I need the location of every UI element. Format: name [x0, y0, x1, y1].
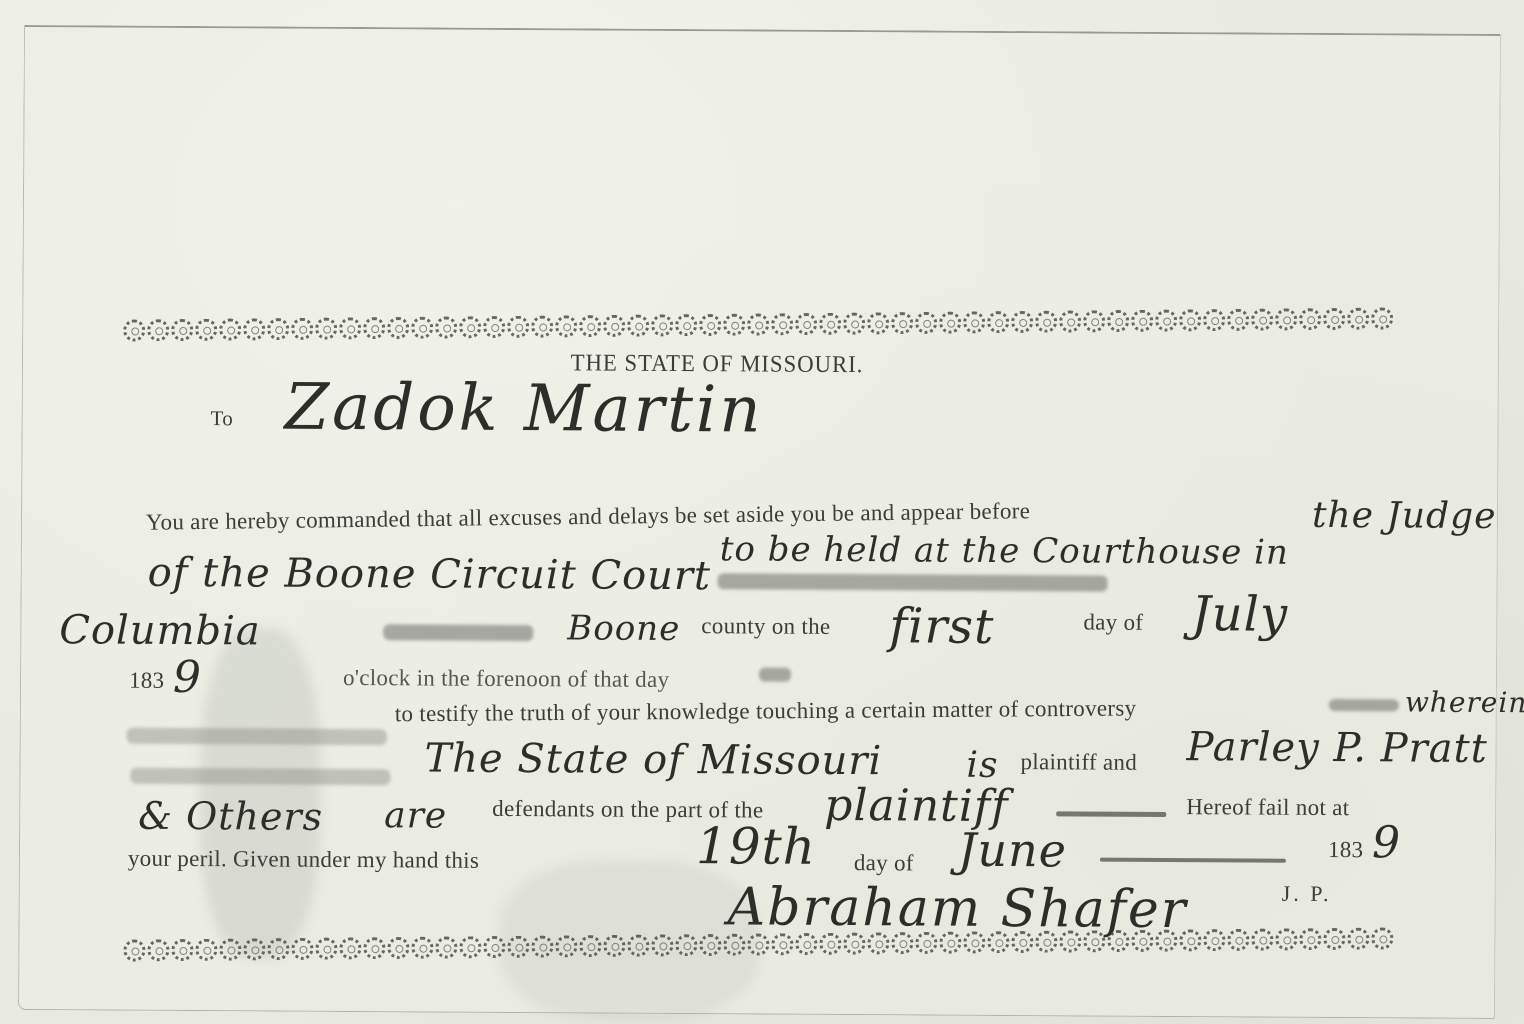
- rosette-ornament-icon: [123, 939, 145, 961]
- hand-county: Boone: [567, 608, 680, 649]
- document-scan: THE STATE OF MISSOURI. To Zadok Martin Y…: [0, 0, 1524, 1024]
- rosette-ornament-icon: [291, 938, 313, 960]
- rosette-ornament-icon: [1275, 308, 1297, 330]
- rosette-ornament-icon: [459, 316, 481, 338]
- rosette-ornament-icon: [339, 937, 361, 959]
- rosette-ornament-icon: [267, 318, 289, 340]
- rosette-ornament-icon: [507, 936, 529, 958]
- rosette-ornament-icon: [1155, 309, 1177, 331]
- rosette-ornament-icon: [915, 932, 937, 954]
- rosette-ornament-icon: [411, 317, 433, 339]
- rosette-ornament-icon: [1035, 311, 1057, 333]
- rosette-ornament-icon: [795, 933, 817, 955]
- rosette-ornament-icon: [1371, 927, 1393, 949]
- rosette-ornament-icon: [1227, 309, 1249, 331]
- rosette-ornament-icon: [1275, 928, 1297, 950]
- rosette-ornament-icon: [867, 312, 889, 334]
- rosette-ornament-icon: [435, 936, 457, 958]
- rosette-ornament-icon: [1179, 929, 1201, 951]
- year-prefix: 183: [129, 668, 165, 694]
- rosette-ornament-icon: [147, 939, 169, 961]
- rosette-ornament-icon: [123, 319, 145, 341]
- rosette-ornament-icon: [1083, 310, 1105, 332]
- signature-title: J. P.: [1282, 881, 1332, 907]
- hand-year-digit: 9: [173, 652, 202, 703]
- rosette-ornament-icon: [1227, 929, 1249, 951]
- rosette-ornament-icon: [1131, 310, 1153, 332]
- rosette-ornament-icon: [1323, 308, 1345, 330]
- rosette-ornament-icon: [195, 319, 217, 341]
- top-ornamental-border: [123, 307, 1393, 341]
- county-on-the-label: county on the: [701, 613, 830, 640]
- rosette-ornament-icon: [267, 938, 289, 960]
- plaintiff-and-label: plaintiff and: [1020, 749, 1137, 776]
- rosette-ornament-icon: [1251, 309, 1273, 331]
- rosette-ornament-icon: [627, 315, 649, 337]
- rosette-ornament-icon: [1179, 309, 1201, 331]
- pen-line: [1100, 858, 1286, 863]
- subpoena-page: THE STATE OF MISSOURI. To Zadok Martin Y…: [18, 25, 1501, 1019]
- rosette-ornament-icon: [387, 317, 409, 339]
- rosette-ornament-icon: [1011, 931, 1033, 953]
- hand-wherein: wherein: [1405, 685, 1524, 719]
- rosette-ornament-icon: [747, 313, 769, 335]
- rosette-ornament-icon: [411, 937, 433, 959]
- rosette-ornament-icon: [603, 315, 625, 337]
- rosette-ornament-icon: [963, 931, 985, 953]
- hand-place: Columbia: [59, 607, 261, 654]
- rosette-ornament-icon: [723, 314, 745, 336]
- hand-the-judge: the Judge: [1312, 495, 1497, 537]
- testify-text: to testify the truth of your knowledge t…: [395, 695, 1137, 727]
- rosette-ornament-icon: [771, 933, 793, 955]
- rosette-ornament-icon: [1299, 928, 1321, 950]
- rosette-ornament-icon: [1347, 928, 1369, 950]
- rosette-ornament-icon: [819, 933, 841, 955]
- rosette-ornament-icon: [339, 317, 361, 339]
- to-label: To: [211, 406, 234, 431]
- rosette-ornament-icon: [219, 938, 241, 960]
- rosette-ornament-icon: [291, 318, 313, 340]
- rosette-ornament-icon: [579, 315, 601, 337]
- year-prefix-2: 183: [1328, 837, 1364, 863]
- rosette-ornament-icon: [939, 932, 961, 954]
- rosette-ornament-icon: [843, 932, 865, 954]
- struck-out-text: [718, 573, 1108, 591]
- rosette-ornament-icon: [963, 311, 985, 333]
- struck-out-text: [759, 668, 791, 682]
- day-of-label: day of: [1083, 609, 1143, 635]
- rosette-ornament-icon: [315, 318, 337, 340]
- struck-out-text: [383, 624, 533, 641]
- rosette-ornament-icon: [1251, 929, 1273, 951]
- hand-day: first: [889, 598, 994, 655]
- rosette-ornament-icon: [219, 318, 241, 340]
- rosette-ornament-icon: [387, 937, 409, 959]
- rosette-ornament-icon: [531, 315, 553, 337]
- recipient-name: Zadok Martin: [284, 371, 763, 448]
- rosette-ornament-icon: [771, 313, 793, 335]
- rosette-ornament-icon: [435, 316, 457, 338]
- pen-line: [1056, 811, 1166, 817]
- rosette-ornament-icon: [171, 939, 193, 961]
- rosette-ornament-icon: [1107, 930, 1129, 952]
- rosette-ornament-icon: [603, 935, 625, 957]
- rosette-ornament-icon: [1059, 930, 1081, 952]
- rosette-ornament-icon: [1371, 307, 1393, 329]
- rosette-ornament-icon: [675, 314, 697, 336]
- hand-plaintiff-name: The State of Missouri: [424, 735, 882, 784]
- given-under-hand-text: your peril. Given under my hand this: [128, 846, 479, 874]
- rosette-ornament-icon: [1083, 930, 1105, 952]
- rosette-ornament-icon: [987, 931, 1009, 953]
- rosette-ornament-icon: [147, 319, 169, 341]
- hand-date-month: June: [958, 823, 1067, 878]
- rosette-ornament-icon: [891, 312, 913, 334]
- rosette-ornament-icon: [651, 314, 673, 336]
- rosette-ornament-icon: [243, 318, 265, 340]
- hand-and-others: & Others: [138, 794, 323, 839]
- rosette-ornament-icon: [747, 933, 769, 955]
- rosette-ornament-icon: [555, 935, 577, 957]
- rosette-ornament-icon: [363, 317, 385, 339]
- rosette-ornament-icon: [315, 938, 337, 960]
- rosette-ornament-icon: [1203, 929, 1225, 951]
- hereof-text: Hereof fail not at: [1186, 794, 1349, 821]
- rosette-ornament-icon: [675, 934, 697, 956]
- rosette-ornament-icon: [1107, 310, 1129, 332]
- rosette-ornament-icon: [1011, 311, 1033, 333]
- rosette-ornament-icon: [1035, 931, 1057, 953]
- rosette-ornament-icon: [699, 314, 721, 336]
- rosette-ornament-icon: [627, 935, 649, 957]
- day-of-label-2: day of: [854, 850, 914, 876]
- rosette-ornament-icon: [1203, 309, 1225, 331]
- rosette-ornament-icon: [171, 319, 193, 341]
- rosette-ornament-icon: [1155, 929, 1177, 951]
- hand-are: are: [384, 795, 447, 836]
- struck-out-text: [1329, 699, 1399, 711]
- hand-is: is: [966, 745, 998, 786]
- rosette-ornament-icon: [363, 937, 385, 959]
- rosette-ornament-icon: [699, 934, 721, 956]
- struck-out-text: [130, 768, 390, 786]
- hand-defendant-name: Parley P. Pratt: [1186, 724, 1487, 772]
- rosette-ornament-icon: [483, 936, 505, 958]
- rosette-ornament-icon: [507, 316, 529, 338]
- rosette-ornament-icon: [1323, 928, 1345, 950]
- rosette-ornament-icon: [243, 938, 265, 960]
- rosette-ornament-icon: [195, 939, 217, 961]
- hand-court-name: of the Boone Circuit Court: [148, 550, 712, 599]
- rosette-ornament-icon: [483, 316, 505, 338]
- hand-date-day: 19th: [696, 817, 816, 876]
- rosette-ornament-icon: [1131, 930, 1153, 952]
- rosette-ornament-icon: [891, 932, 913, 954]
- rosette-ornament-icon: [795, 313, 817, 335]
- rosette-ornament-icon: [459, 936, 481, 958]
- rosette-ornament-icon: [531, 935, 553, 957]
- rosette-ornament-icon: [651, 934, 673, 956]
- rosette-ornament-icon: [915, 312, 937, 334]
- struck-out-text: [127, 728, 387, 746]
- rosette-ornament-icon: [843, 312, 865, 334]
- rosette-ornament-icon: [867, 932, 889, 954]
- oclock-text: o'clock in the forenoon of that day: [343, 665, 669, 693]
- rosette-ornament-icon: [1299, 308, 1321, 330]
- rosette-ornament-icon: [555, 315, 577, 337]
- rosette-ornament-icon: [1059, 310, 1081, 332]
- hand-held-at-courthouse: to be held at the Courthouse in: [720, 529, 1289, 572]
- rosette-ornament-icon: [819, 313, 841, 335]
- rosette-ornament-icon: [579, 935, 601, 957]
- hand-month: July: [1191, 586, 1288, 643]
- rosette-ornament-icon: [939, 312, 961, 334]
- rosette-ornament-icon: [987, 311, 1009, 333]
- hand-year-digit-2: 9: [1372, 817, 1401, 868]
- rosette-ornament-icon: [1347, 308, 1369, 330]
- rosette-ornament-icon: [723, 934, 745, 956]
